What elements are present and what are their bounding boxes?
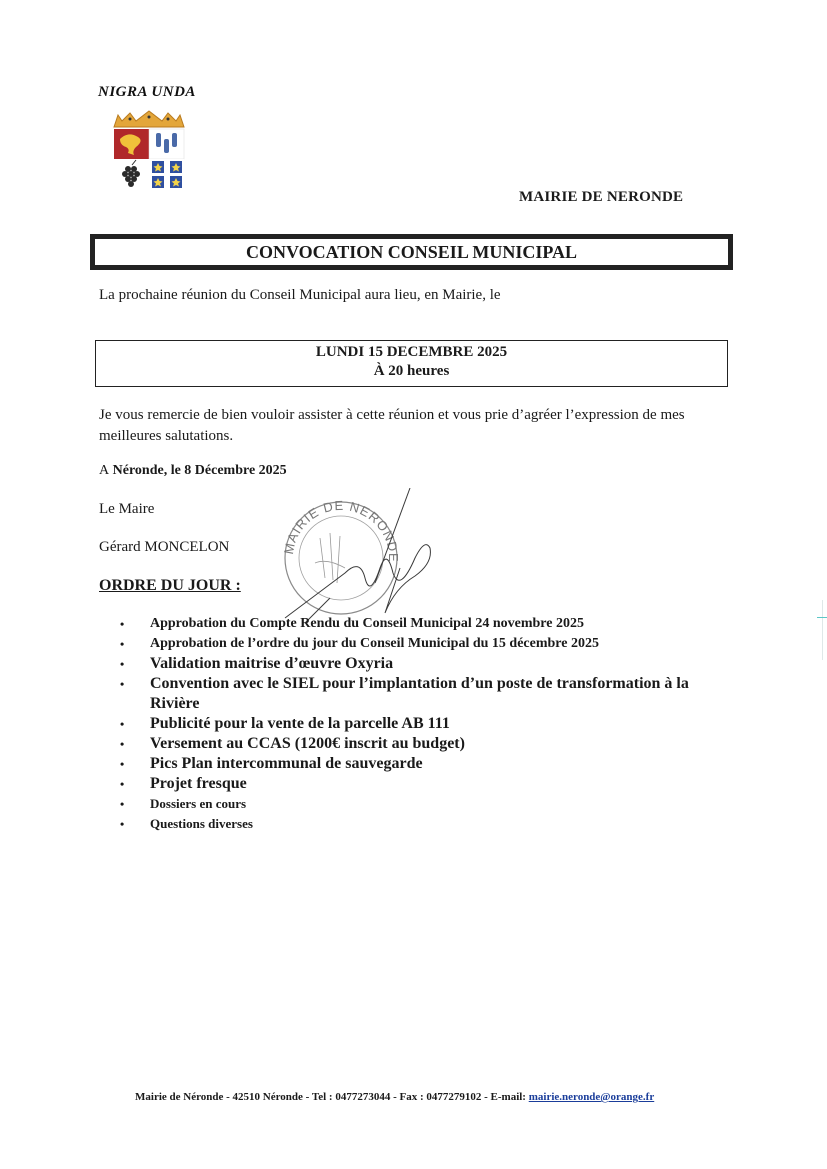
agenda-item: •Approbation de l’ordre du jour du Conse… [120,634,730,654]
bullet-icon: • [120,714,130,734]
place-date: A Néronde, le 8 Décembre 2025 [99,463,287,479]
mayor-title: Le Maire [99,501,154,518]
bullet-icon: • [120,634,130,654]
scan-edge-tick [817,617,827,618]
agenda-item: •Questions diverses [120,814,730,834]
agenda-item: •Pics Plan intercommunal de sauvegarde [120,754,730,774]
scan-edge-mark [822,600,823,660]
bullet-icon: • [120,754,130,774]
meeting-time: À 20 heures [96,362,727,381]
town-motto: NIGRA UNDA [98,84,196,101]
thanks-paragraph: Je vous remercie de bien vouloir assiste… [99,405,729,447]
agenda-heading: ORDRE DU JOUR : [99,577,241,595]
agenda-item: •Versement au CCAS (1200€ inscrit au bud… [120,734,730,754]
intro-text: La prochaine réunion du Conseil Municipa… [99,287,501,304]
place-prefix: A [99,463,109,478]
agenda-item: •Approbation du Compte Rendu du Conseil … [120,614,730,634]
agenda-item: •Convention avec le SIEL pour l’implanta… [120,674,730,714]
agenda-item: •Dossiers en cours [120,794,730,814]
place-date-text: Néronde, le 8 Décembre 2025 [113,463,287,478]
mayor-name: Gérard MONCELON [99,539,229,556]
footer-text: Mairie de Néronde - 42510 Néronde - Tel … [135,1091,529,1103]
footer-email-link[interactable]: mairie.neronde@orange.fr [529,1091,655,1103]
agenda-item: •Projet fresque [120,774,730,794]
mairie-header: MAIRIE DE NERONDE [519,189,683,206]
bullet-icon: • [120,814,130,834]
bullet-icon: • [120,794,130,814]
footer-contact: Mairie de Néronde - 42510 Néronde - Tel … [135,1091,654,1103]
meeting-date: LUNDI 15 DECEMBRE 2025 [96,343,727,362]
coat-of-arms-icon [106,105,192,191]
official-stamp-icon: MAIRIE DE NERONDE [275,488,445,623]
bullet-icon: • [120,734,130,754]
bullet-icon: • [120,774,130,794]
document-title: CONVOCATION CONSEIL MUNICIPAL [90,234,733,270]
agenda-item: •Publicité pour la vente de la parcelle … [120,714,730,734]
agenda-item: •Validation maitrise d’œuvre Oxyria [120,654,730,674]
meeting-date-box: LUNDI 15 DECEMBRE 2025 À 20 heures [95,340,728,387]
bullet-icon: • [120,614,130,634]
agenda-list: •Approbation du Compte Rendu du Conseil … [120,614,730,834]
bullet-icon: • [120,674,130,694]
bullet-icon: • [120,654,130,674]
